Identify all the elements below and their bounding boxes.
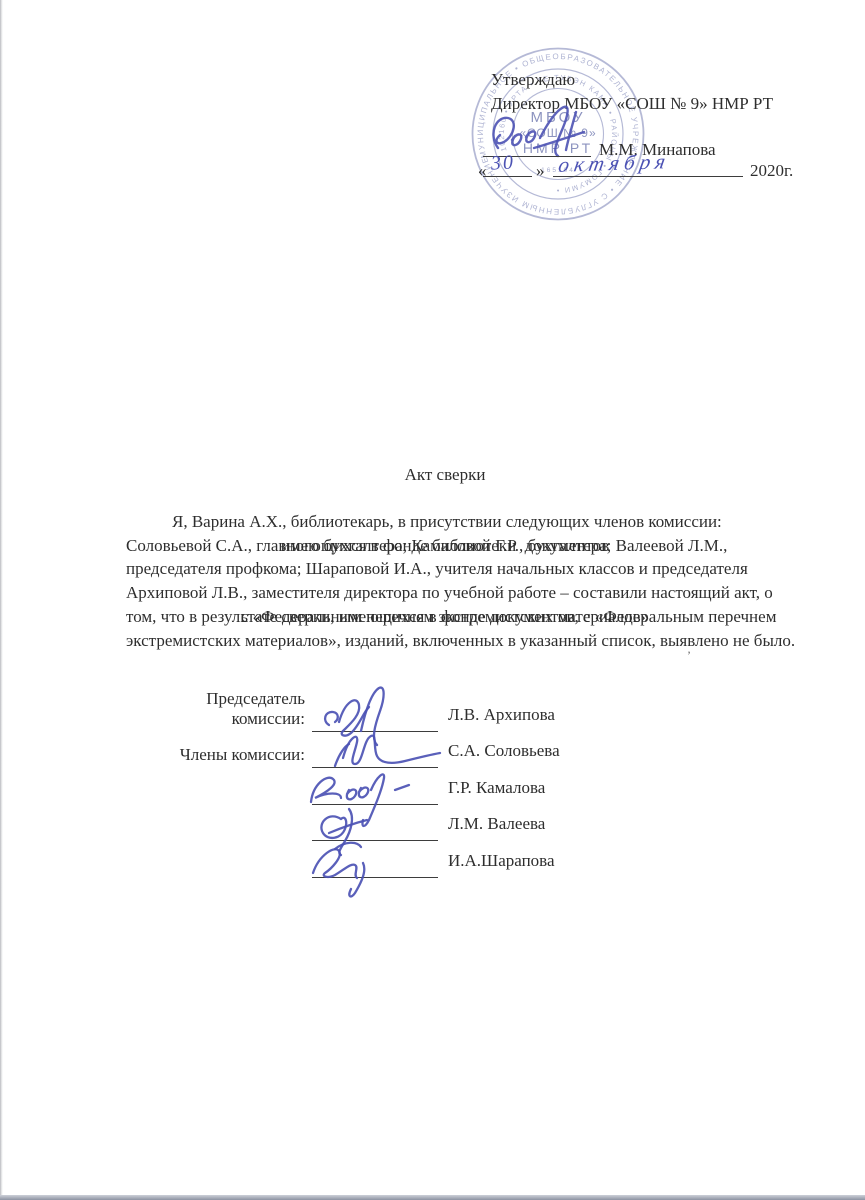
date-day-line: 30	[483, 161, 532, 177]
signature-name: Г.Р. Камалова	[448, 778, 545, 798]
date-year: 2020г.	[750, 160, 793, 181]
signature-ink-sharapova	[299, 829, 459, 909]
date-day-handwritten: 30	[490, 151, 515, 175]
scan-left-edge	[0, 0, 3, 1200]
members-label: Члены комиссии:	[131, 745, 305, 765]
signature-name: Л.В. Архипова	[448, 705, 555, 725]
date-month-line: октября	[553, 161, 743, 177]
date-quote-close: »	[536, 160, 545, 181]
signature-name: И.А.Шарапова	[448, 851, 555, 871]
scan-bottom-edge	[0, 1195, 865, 1200]
title-line-1: Акт сверки	[25, 463, 865, 487]
signature-row-member: И.А.Шарапова	[131, 841, 651, 878]
chairman-label: Председатель комиссии:	[131, 689, 305, 729]
signatures-block: Председатель комиссии: Л.В. Архипова Чле…	[131, 695, 651, 885]
signature-name: Л.М. Валеева	[448, 814, 545, 834]
approve-label: Утверждаю	[491, 69, 575, 90]
signature-name: С.А. Соловьева	[448, 741, 560, 761]
body-paragraph: Я, Варина А.Х., библиотекарь, в присутст…	[126, 510, 800, 652]
date-month-handwritten: октября	[556, 149, 672, 178]
scan-artifact-mark: ’	[687, 648, 691, 663]
scanned-document-page: МУНИЦИПАЛЬНОЕ • ОБЩЕОБРАЗОВАТЕЛЬНОЕ УЧРЕ…	[0, 0, 865, 1200]
